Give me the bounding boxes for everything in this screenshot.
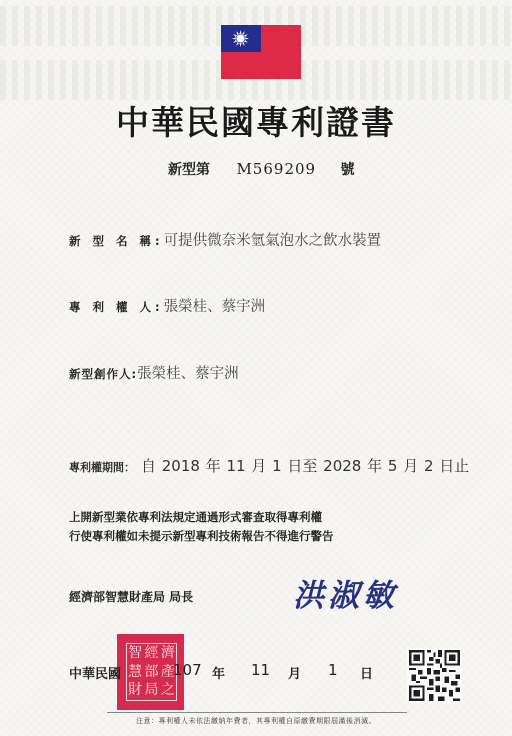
patent-number-suffix: 號	[341, 159, 355, 179]
notice-line: 行使專利權如未提示新型專利技術報告不得進行警告	[69, 527, 334, 546]
field-value: 張榮桂、蔡宇洲	[164, 299, 266, 315]
seal-char: 經	[143, 644, 159, 663]
patent-number-value: M569209	[236, 160, 316, 178]
qr-code-icon	[407, 648, 462, 703]
footer-divider	[107, 712, 407, 713]
patent-number: 新型第 M569209 號	[168, 159, 355, 179]
field-creator: 新型創作人:張榮桂、蔡宇洲	[69, 362, 239, 383]
seal-char: 濟	[160, 644, 176, 663]
seal-char: 局	[143, 681, 159, 700]
white-sun-icon	[232, 30, 249, 47]
certificate-title: 中華民國專利證書	[0, 97, 512, 144]
field-value: 可提供微奈米氫氣泡水之飲水裝置	[164, 233, 382, 249]
patent-period: 專利權期間：自 2018 年 11 月 1 日至 2028 年 5 月 2 日止	[69, 455, 469, 476]
field-value: 張榮桂、蔡宇洲	[137, 366, 239, 382]
period-value: 自 2018 年 11 月 1 日至 2028 年 5 月 2 日止	[141, 457, 469, 475]
date-day: 1	[328, 661, 338, 679]
field-patentee: 專 利 權 人:張榮桂、蔡宇洲	[69, 295, 265, 316]
date-year: 107	[173, 661, 202, 679]
footer-note: 注意：專利權人未依法繳納年費者，其專利權自原繳費期限屆滿後消滅。	[0, 716, 512, 726]
taiwan-flag-icon	[221, 25, 301, 79]
flag-canton	[221, 25, 261, 52]
period-label: 專利權期間：	[69, 461, 135, 474]
legal-notice: 上開新型業依專利法規定通過形式審查取得專利權 行使專利權如未提示新型專利技術報告…	[69, 508, 334, 546]
director-signature: 洪淑敏	[293, 570, 398, 615]
field-label: 新型創作人:	[69, 367, 137, 381]
issue-date: 中華民國 107 年 11 月 1 日	[69, 663, 399, 683]
patent-number-prefix: 新型第	[168, 159, 210, 179]
notice-line: 上開新型業依專利法規定通過形式審查取得專利權	[69, 508, 334, 527]
seal-char: 智	[127, 644, 143, 663]
field-label: 專 利 權 人:	[69, 300, 164, 314]
field-utility-model-name: 新 型 名 稱:可提供微奈米氫氣泡水之飲水裝置	[69, 229, 381, 250]
era-label: 中華民國	[69, 663, 121, 682]
year-unit: 年	[212, 663, 225, 682]
seal-char: 財	[127, 681, 143, 700]
day-unit: 日	[360, 663, 373, 682]
seal-char: 之	[160, 681, 176, 700]
date-month: 11	[251, 661, 270, 679]
month-unit: 月	[288, 663, 301, 682]
issuing-office: 經濟部智慧財產局 局長	[69, 588, 193, 605]
field-label: 新 型 名 稱:	[69, 234, 164, 248]
